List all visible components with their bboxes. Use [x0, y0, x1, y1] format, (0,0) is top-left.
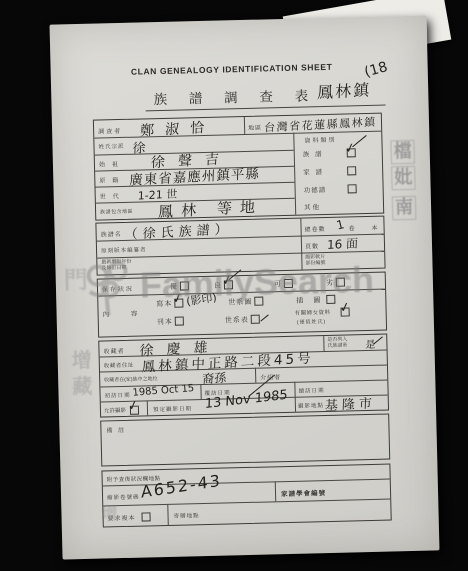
send-label: 寄贈地點 [173, 511, 199, 520]
women-checkmark: ✓ [338, 299, 352, 317]
holder-box: 收藏者 徐慶雄 是否列入氏族譜系 是 收藏者住址 鳳林鎮中正路二段45号 收藏者… [98, 334, 389, 418]
genealogy-form-paper: CLAN GENEALOGY IDENTIFICATION SHEET 族 譜 … [50, 15, 440, 559]
volumes-value: 1 [335, 217, 346, 232]
condition-box: 保存狀況 優 良 ✓ 可 劣 內 容 寫本 ✓ (影印) 世系圖 插 圖 刊本 … [97, 272, 387, 338]
origin-value: 廣東省嘉應州鎮平縣 [129, 162, 260, 189]
holder-label: 收藏者 [103, 346, 124, 356]
category-option-checkbox [348, 184, 357, 193]
volumes-unit2: 本 [371, 223, 378, 232]
photo-permit-label: 允許攝影 [104, 406, 126, 415]
compiler-label: 原刻版本編纂者 [101, 245, 147, 254]
category-option-label: 家 譜 [303, 167, 324, 177]
category-option-checkmark: ✓ [343, 139, 357, 157]
manuscript-checkmark: ✓ [171, 290, 185, 308]
investigator-value: 鄭淑恰 [140, 117, 216, 141]
photo-place-label: 攝影地點 [298, 401, 324, 410]
state-checkmark: ✓ [220, 271, 234, 289]
state-option-checkbox [284, 279, 293, 288]
content-label: 內 容 [102, 308, 147, 318]
manuscript-label: 寫本 [156, 299, 172, 309]
scanned-document-page: CLAN GENEALOGY IDENTIFICATION SHEET 族 譜 … [0, 0, 468, 571]
left-edge-stamp: 門 [63, 260, 88, 296]
investigator-label: 調查者 [98, 126, 122, 136]
print-checkbox [175, 316, 184, 325]
address-label: 收藏者住址 [104, 361, 134, 370]
handwritten-place: 鳳林鎮 [317, 77, 372, 103]
state-option-label: 可 [274, 279, 282, 289]
table-checkbox [251, 315, 260, 324]
next-visit-label: 續訪日期 [298, 386, 324, 395]
volumes-label: 總卷數 [304, 224, 325, 234]
manuscript-note: (影印) [185, 289, 218, 309]
photo-permit-checkmark: ✓ [126, 397, 140, 415]
pages-value: 16 面 [327, 234, 359, 253]
form-title-text: 族 譜 調 查 表 [145, 84, 319, 111]
copy-checkbox [141, 512, 150, 521]
illustration-checkbox [326, 295, 335, 304]
pages-label: 頁數 [305, 241, 319, 250]
state-option-label: 劣 [326, 278, 334, 288]
women-note: (僅值姓氏) [297, 318, 327, 326]
category-option-label: 族 譜 [303, 149, 324, 159]
remarks-label: 備 註 [106, 425, 126, 434]
left-edge-stamp: 增 [101, 501, 118, 524]
microfilm-label: 縮影軟片部份編號 [305, 255, 325, 266]
origin-label: 原籍 [99, 175, 125, 185]
category-box: 資料類別 族 譜 ✓ 家 譜 功德譜 其他 [293, 131, 383, 215]
photo-date-label: 預定攝影日期 [153, 404, 192, 413]
category-option-label: 功德譜 [304, 185, 327, 195]
women-label: 有關婦女資料 [295, 308, 331, 317]
annotation-underline [320, 104, 386, 107]
basic-info-box: 調查者 鄭淑恰 地區 台灣省花蓮縣鳳林鎮 姓氏宗派 徐 始祖 徐聲吉 原籍 廣東… [93, 113, 384, 221]
position-label: 收藏者在(家)族中之地位 [104, 375, 157, 383]
region-label: 地區 [248, 123, 262, 132]
right-edge-stamp: 南 [392, 196, 417, 221]
book-info-box: 族譜名 （徐氏族譜） 總卷數 1 卷 本 原刻版本編纂者 頁數 16 面 最新增… [95, 216, 385, 276]
print-label: 刊本 [157, 317, 173, 327]
listed-label: 是否列入氏族譜系 [327, 338, 347, 349]
area-label: 族譜包含地區 [100, 208, 133, 216]
chart-label: 世系圖 [228, 297, 252, 308]
right-edge-stamp: 檔 [390, 140, 415, 165]
table-label: 世系表 [225, 315, 249, 326]
category-option-checkbox [347, 166, 356, 175]
left-edge-stamp: 藏 [72, 370, 93, 399]
film-label: 縮影卷號碼 [107, 493, 140, 502]
volumes-unit: 卷 [348, 223, 355, 232]
society-label: 家譜學會編號 [281, 488, 326, 498]
book-title-label: 族譜名 [101, 229, 122, 239]
photo-place-value: 基隆市 [325, 392, 377, 414]
surname-label: 姓氏宗派 [98, 142, 124, 151]
category-option-label: 其他 [304, 202, 321, 211]
book-title-value: （徐氏族譜） [124, 218, 233, 243]
remarks-box: 備 註 [100, 414, 390, 467]
sheet-title-english: CLAN GENEALOGY IDENTIFICATION SHEET [76, 60, 388, 78]
table-slash-mark [260, 314, 269, 321]
illustration-label: 插 圖 [296, 295, 324, 306]
surname-value: 徐 [132, 137, 146, 157]
condition-label: 保存狀況 [102, 284, 134, 294]
category-check-slash [352, 135, 367, 147]
ancestor-label: 始祖 [99, 159, 125, 169]
right-edge-stamp: 妣 [391, 166, 416, 191]
edition-label: 最新增版年份及修訂日期 [101, 260, 131, 272]
generations-label: 世代 [100, 191, 126, 201]
category-title: 資料類別 [304, 135, 336, 145]
admin-box: 附予查復狀況欄地點 縮影卷號碼 A652-43 家譜學會編號 要求複本 寄贈地點 [101, 463, 391, 527]
state-option-checkbox [336, 278, 345, 287]
chart-checkbox [254, 297, 263, 306]
position-value: 裔孫 [202, 369, 227, 387]
